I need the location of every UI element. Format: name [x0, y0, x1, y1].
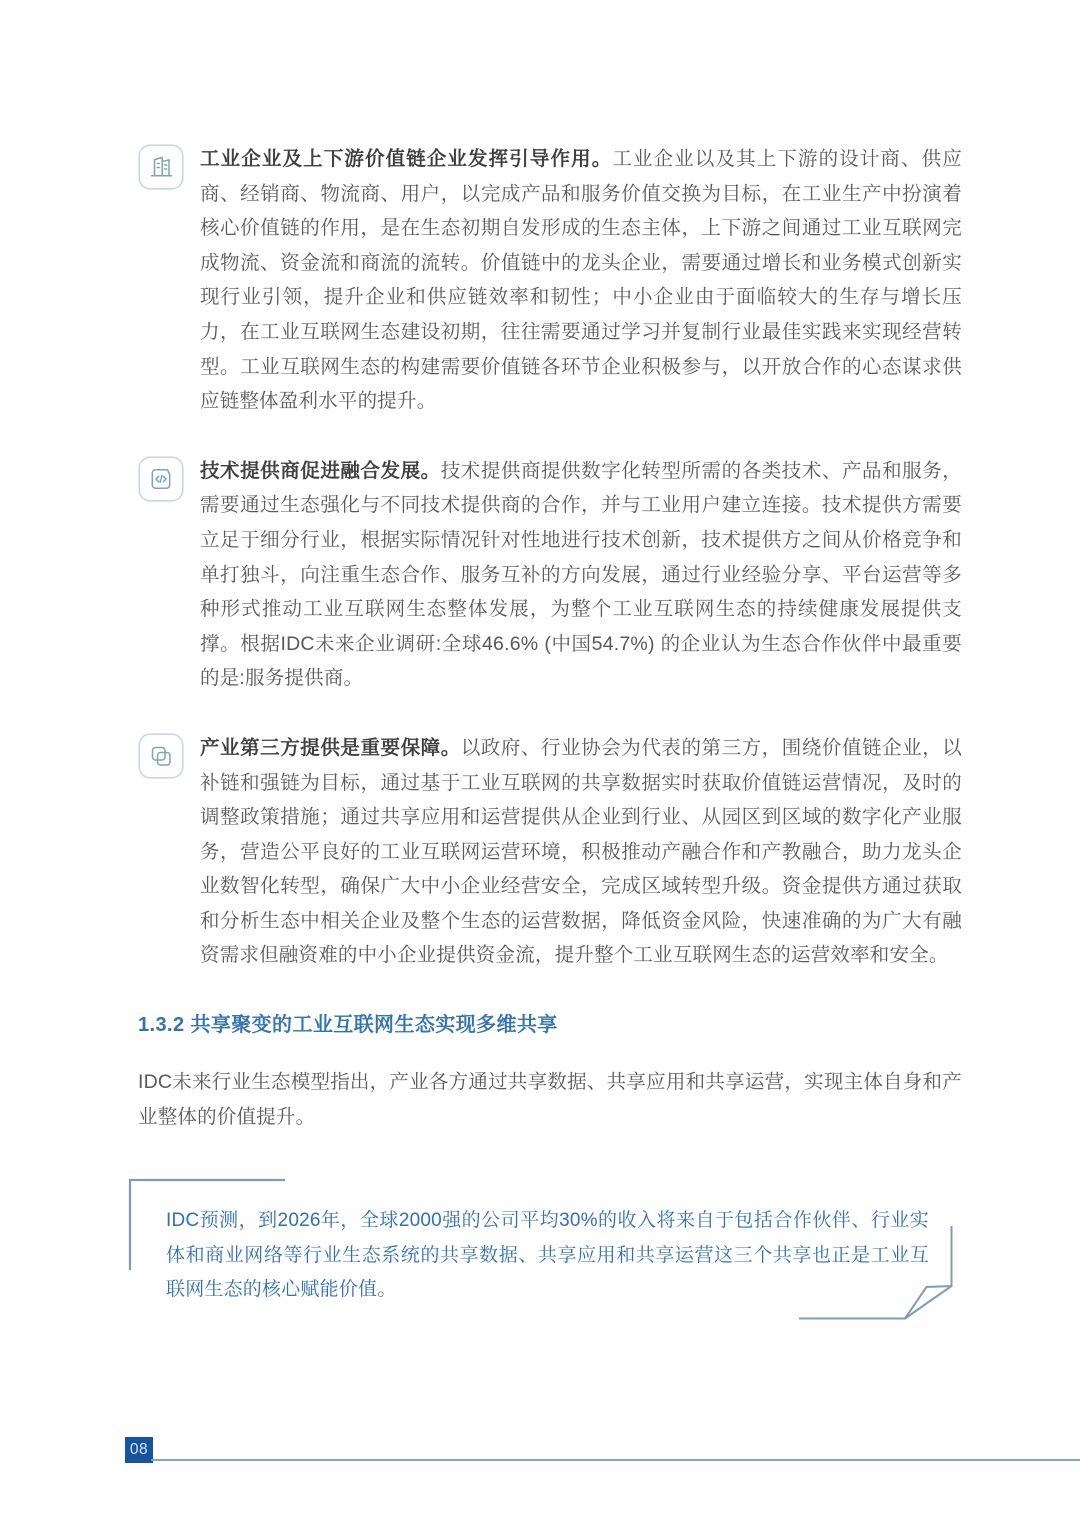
bullet-paragraph: 工业企业及上下游价值链企业发挥引导作用。工业企业以及其上下游的设计商、供应商、经…	[200, 142, 962, 419]
code-document-icon	[138, 456, 184, 502]
content-area: 工业企业及上下游价值链企业发挥引导作用。工业企业以及其上下游的设计商、供应商、经…	[0, 0, 1080, 1323]
section-heading: 1.3.2 共享聚变的工业互联网生态实现多维共享	[138, 1008, 962, 1037]
overlap-squares-icon	[138, 733, 184, 779]
bullet-section-tech-provider: 技术提供商促进融合发展。技术提供商提供数字化转型所需的各类技术、产品和服务，需要…	[138, 454, 962, 696]
callout-box: IDC预测，到2026年，全球2000强的公司平均30%的收入将来自于包括合作伙…	[128, 1178, 953, 1323]
intro-paragraph: IDC未来行业生态模型指出，产业各方通过共享数据、共享应用和共享运营，实现主体自…	[138, 1065, 962, 1134]
bullet-paragraph: 技术提供商促进融合发展。技术提供商提供数字化转型所需的各类技术、产品和服务，需要…	[200, 454, 962, 696]
building-icon	[138, 144, 184, 190]
bullet-lead: 工业企业及上下游价值链企业发挥引导作用。	[200, 148, 612, 170]
bullet-lead: 技术提供商促进融合发展。	[200, 460, 441, 482]
bullet-section-third-party: 产业第三方提供是重要保障。以政府、行业协会为代表的第三方，围绕价值链企业，以补链…	[138, 731, 962, 973]
document-page: 工业企业及上下游价值链企业发挥引导作用。工业企业以及其上下游的设计商、供应商、经…	[0, 0, 1080, 1527]
bullet-body: 工业企业以及其上下游的设计商、供应商、经销商、物流商、用户，以完成产品和服务价值…	[200, 148, 962, 412]
bullet-body: 以政府、行业协会为代表的第三方，围绕价值链企业，以补链和强链为目标，通过基于工业…	[200, 737, 962, 967]
bullet-section-value-chain: 工业企业及上下游价值链企业发挥引导作用。工业企业以及其上下游的设计商、供应商、经…	[138, 142, 962, 419]
page-number-badge: 08	[125, 1437, 153, 1463]
callout-text: IDC预测，到2026年，全球2000强的公司平均30%的收入将来自于包括合作伙…	[128, 1178, 953, 1308]
footer-rule	[151, 1459, 1080, 1461]
bullet-paragraph: 产业第三方提供是重要保障。以政府、行业协会为代表的第三方，围绕价值链企业，以补链…	[200, 731, 962, 973]
bullet-lead: 产业第三方提供是重要保障。	[200, 737, 461, 759]
bullet-body: 技术提供商提供数字化转型所需的各类技术、产品和服务，需要通过生态强化与不同技术提…	[200, 460, 962, 690]
